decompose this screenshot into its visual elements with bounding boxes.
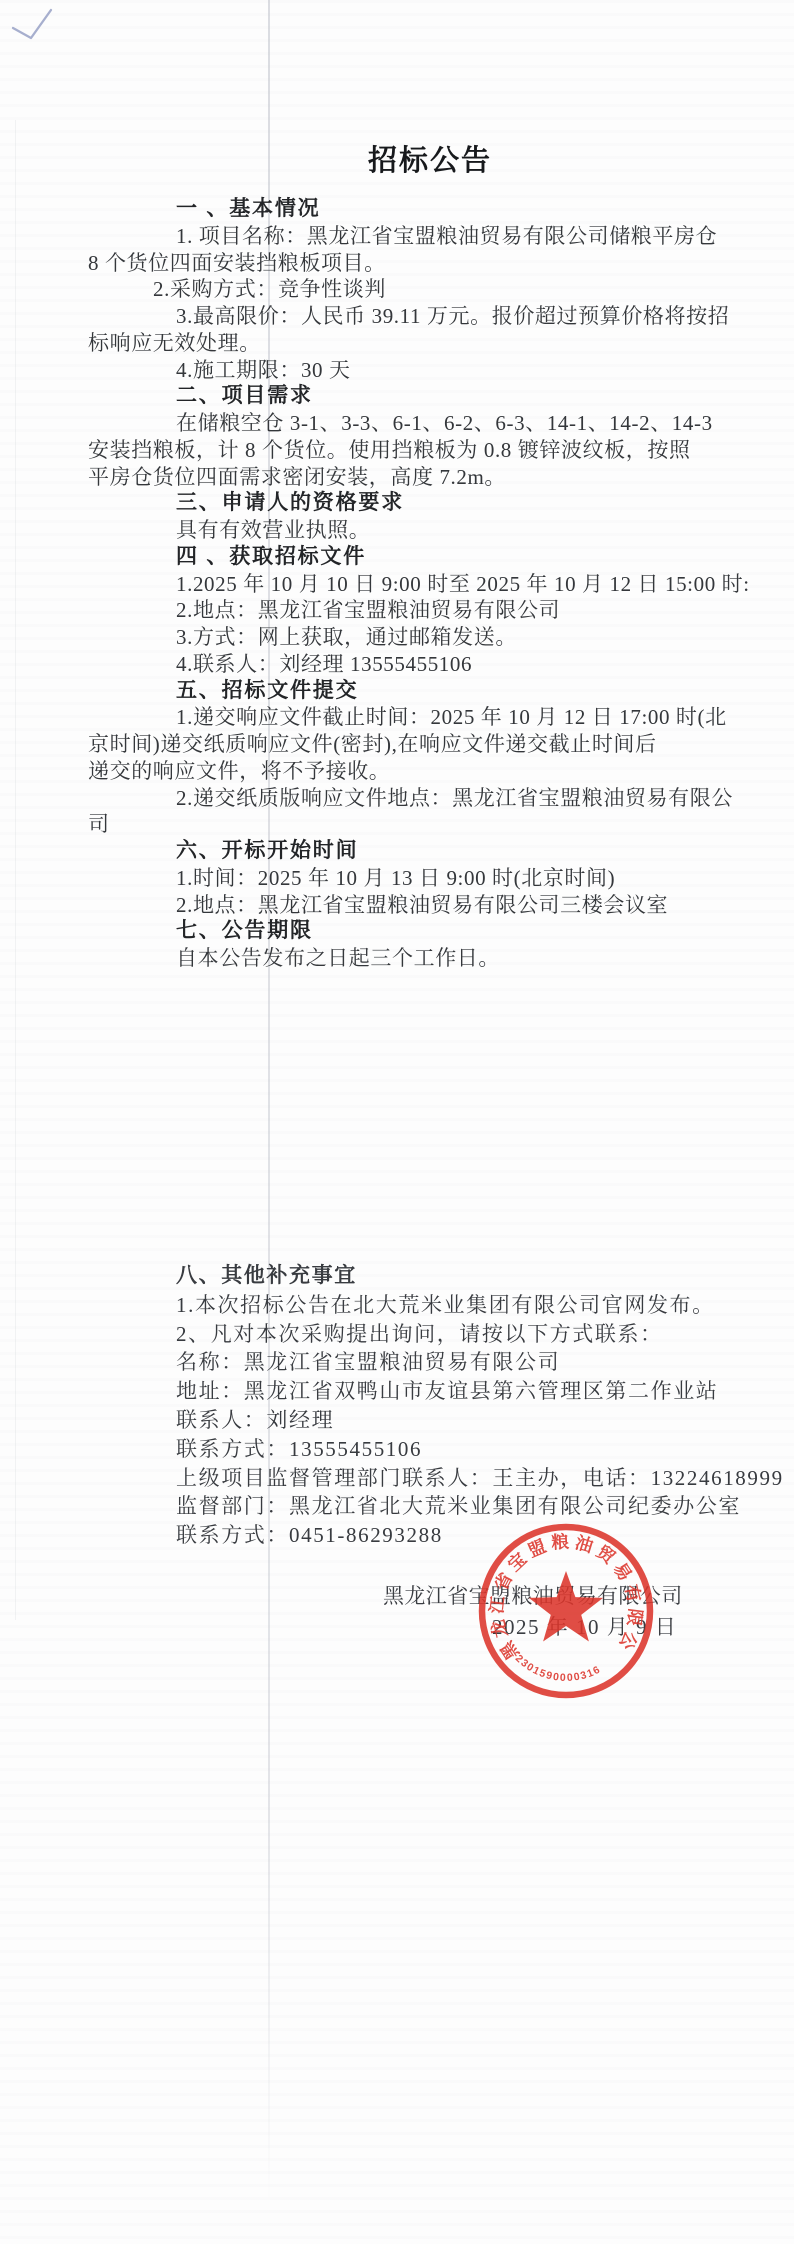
body-line: 1.递交响应文件截止时间：2025 年 10 月 12 日 17:00 时(北: [88, 704, 748, 731]
body-line: 2、凡对本次采购提出询问，请按以下方式联系：: [88, 1320, 748, 1349]
body-line: 2.递交纸质版响应文件地点：黑龙江省宝盟粮油贸易有限公: [88, 785, 748, 812]
body-line: 2.地点：黑龙江省宝盟粮油贸易有限公司三楼会议室: [88, 892, 748, 919]
seal-star: [529, 1571, 603, 1642]
page-title: 招标公告: [66, 138, 794, 179]
contact-address-line: 地址：黑龙江省双鸭山市友谊县第六管理区第二作业站: [88, 1377, 748, 1406]
body-line: 标响应无效处理。: [88, 330, 748, 357]
body-line: 具有有效营业执照。: [88, 517, 748, 544]
body-line: 3.方式：网上获取，通过邮箱发送。: [88, 624, 748, 651]
supervisor-contact-line: 上级项目监督管理部门联系人：王主办，电话：13224618999: [88, 1464, 748, 1493]
scanned-tender-notice-page: 招标公告 一 、基本情况 1. 项目名称：黑龙江省宝盟粮油贸易有限公司储粮平房仓…: [0, 0, 794, 2244]
body-line: 司: [88, 811, 748, 838]
seal-registration-code: 2301590000316: [513, 1652, 603, 1684]
body-line: 1.本次招标公告在北大荒米业集团有限公司官网发布。: [88, 1291, 748, 1320]
body-line: 在储粮空仓 3-1、3-3、6-1、6-2、6-3、14-1、14-2、14-3: [88, 410, 748, 437]
body-line: 2.采购方式：竞争性谈判: [88, 276, 748, 303]
section-heading-3: 三、申请人的资格要求: [88, 490, 748, 517]
section-heading-8: 八、其他补充事宜: [88, 1262, 748, 1291]
section-heading-7: 七、公告期限: [88, 918, 748, 945]
body-line: 3.最高限价：人民币 39.11 万元。报价超过预算价格将按招: [88, 303, 748, 330]
section-heading-5: 五、招标文件提交: [88, 678, 748, 705]
body-line: 4.联系人：刘经理 13555455106: [88, 651, 748, 678]
body-line: 4.施工期限：30 天: [88, 357, 748, 384]
document-body: 一 、基本情况 1. 项目名称：黑龙江省宝盟粮油贸易有限公司储粮平房仓 8 个货…: [88, 196, 748, 972]
body-line: 安装挡粮板，计 8 个货位。使用挡粮板为 0.8 镀锌波纹板，按照: [88, 437, 748, 464]
section-heading-2: 二、项目需求: [88, 383, 748, 410]
body-line: 1.2025 年 10 月 10 日 9:00 时至 2025 年 10 月 1…: [88, 571, 748, 598]
body-line: 8 个货位四面安装挡粮板项目。: [88, 250, 748, 277]
contact-person-line: 联系人：刘经理: [88, 1406, 748, 1435]
contact-name-line: 名称：黑龙江省宝盟粮油贸易有限公司: [88, 1348, 748, 1377]
pen-checkmark-icon: [0, 0, 70, 55]
body-line: 2.地点：黑龙江省宝盟粮油贸易有限公司: [88, 597, 748, 624]
body-line: 京时间)递交纸质响应文件(密封),在响应文件递交截止时间后: [88, 731, 748, 758]
scan-edge-artifact: [15, 120, 16, 1620]
body-line: 平房仓货位四面需求密闭安装，高度 7.2m。: [88, 464, 748, 491]
section-heading-4: 四 、获取招标文件: [88, 544, 748, 571]
section-heading-6: 六、开标开始时间: [88, 838, 748, 865]
body-line: 1.时间：2025 年 10 月 13 日 9:00 时(北京时间): [88, 865, 748, 892]
body-line: 自本公告发布之日起三个工作日。: [88, 945, 748, 972]
body-line: 递交的响应文件，将不予接收。: [88, 758, 748, 785]
body-line: 1. 项目名称：黑龙江省宝盟粮油贸易有限公司储粮平房仓: [88, 223, 748, 250]
contact-phone-line: 联系方式：13555455106: [88, 1435, 748, 1464]
section-heading-1: 一 、基本情况: [88, 196, 748, 223]
company-seal-stamp: 黑龙江省宝盟粮油贸易有限公司 2301590000316: [455, 1505, 679, 1729]
